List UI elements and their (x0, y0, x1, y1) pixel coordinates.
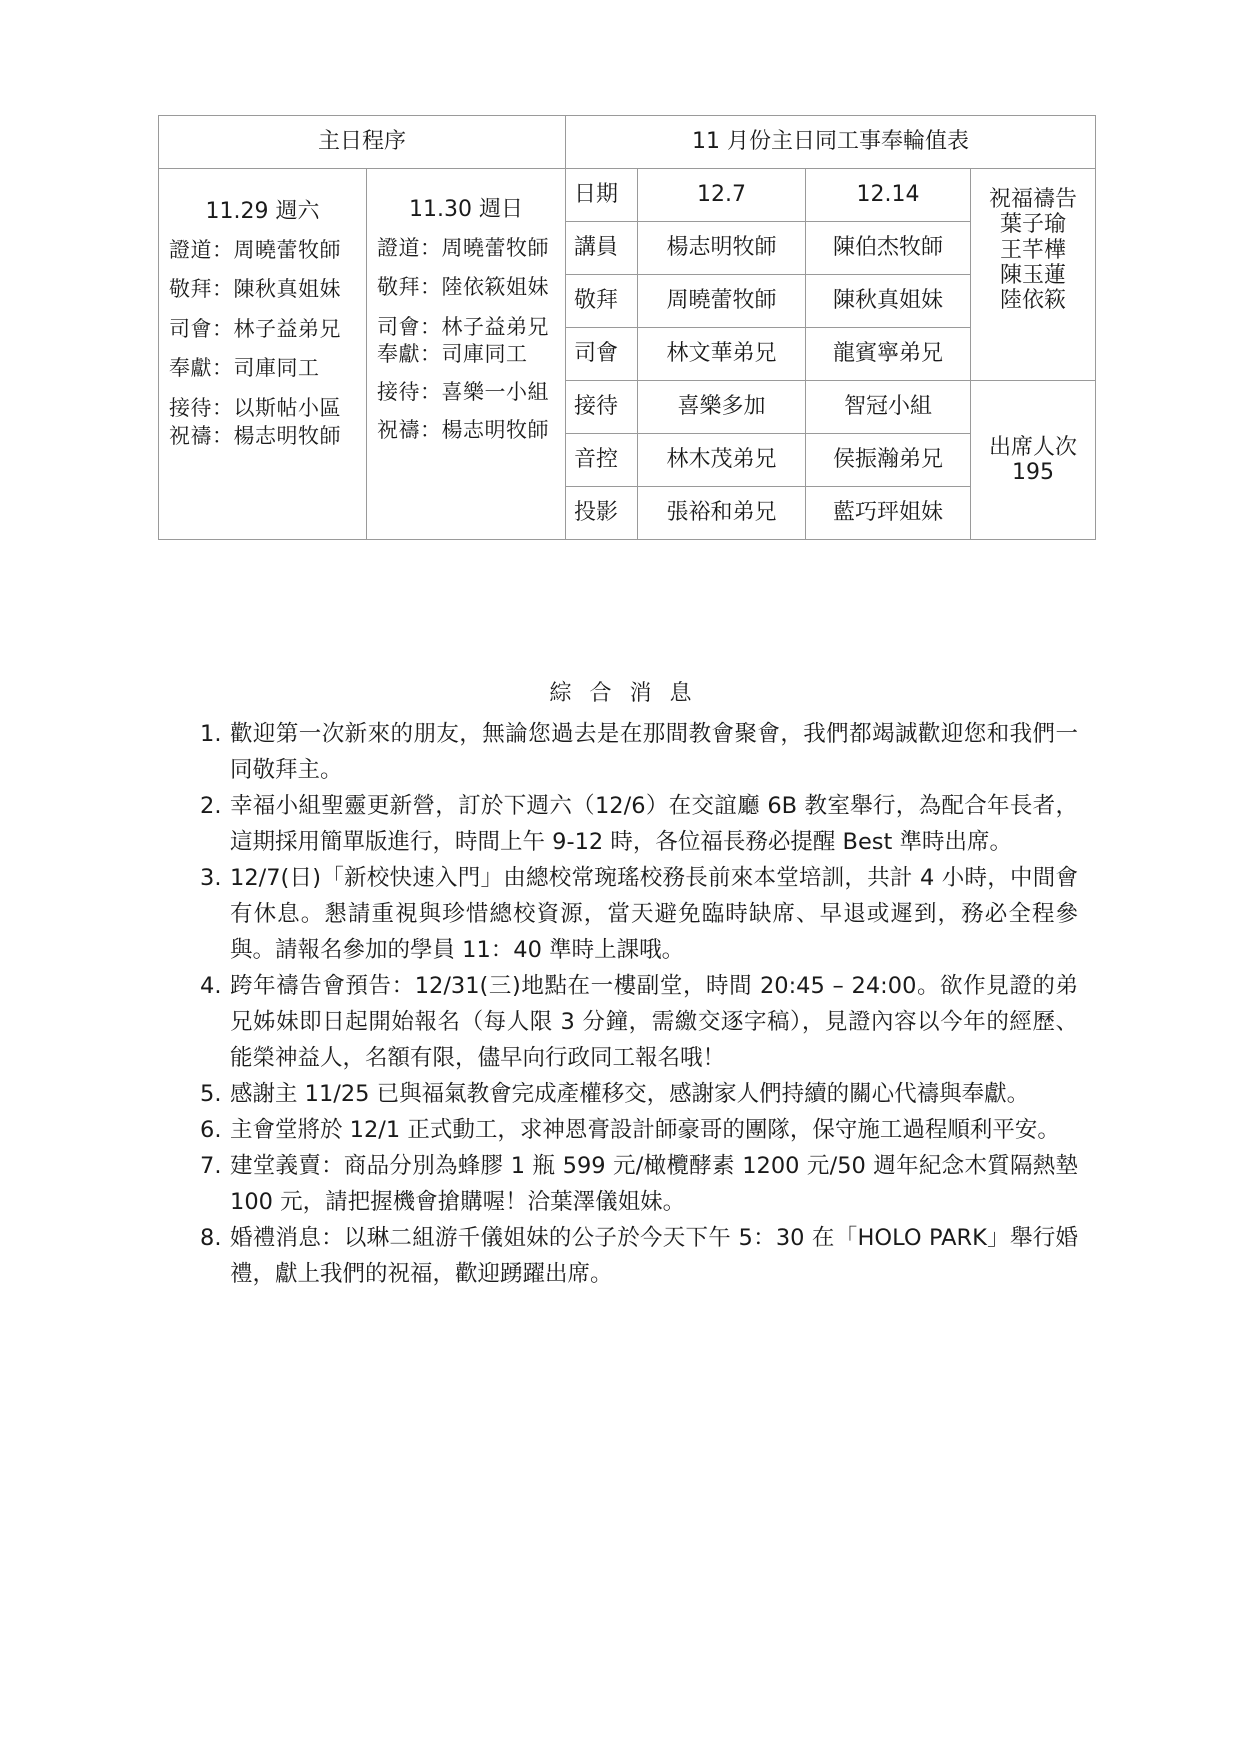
date-label: 日期 (566, 169, 638, 222)
attendance-count: 195 (971, 460, 1095, 485)
item-number: 7. (200, 1148, 230, 1220)
prayer-name: 王芊樺 (971, 238, 1095, 263)
role-value: 智冠小組 (806, 381, 971, 434)
program-line: 敬拜：陸依篍姐妹 (377, 275, 565, 299)
program-line: 祝禱：楊志明牧師 (169, 424, 366, 448)
item-text: 幸福小組聖靈更新營，訂於下週六（12/6）在交誼廳 6B 教室舉行，為配合年長者… (230, 788, 1078, 860)
sunday-date: 11.30 週日 (367, 197, 565, 222)
role-value: 張裕和弟兄 (638, 487, 806, 540)
program-line: 敬拜：陳秋真姐妹 (169, 277, 366, 301)
item-text: 主會堂將於 12/1 正式動工，求神恩膏設計師豪哥的團隊，保守施工過程順利平安。 (230, 1112, 1078, 1148)
program-line: 證道：周曉蕾牧師 (169, 238, 366, 262)
role-value: 陳伯杰牧師 (806, 222, 971, 275)
program-line: 證道：周曉蕾牧師 (377, 236, 565, 260)
list-item: 7.建堂義賣：商品分別為蜂膠 1 瓶 599 元/橄欖酵素 1200 元/50 … (200, 1148, 1078, 1220)
program-line: 祝禱：楊志明牧師 (377, 418, 565, 442)
list-item: 3.12/7(日)「新校快速入門」由總校常琬瑤校務長前來本堂培訓，共計 4 小時… (200, 860, 1078, 968)
item-number: 2. (200, 788, 230, 860)
item-text: 12/7(日)「新校快速入門」由總校常琬瑤校務長前來本堂培訓，共計 4 小時，中… (230, 860, 1078, 968)
list-item: 2.幸福小組聖靈更新營，訂於下週六（12/6）在交誼廳 6B 教室舉行，為配合年… (200, 788, 1078, 860)
prayer-name: 陸依篍 (971, 288, 1095, 313)
item-number: 8. (200, 1220, 230, 1292)
role-value: 林文華弟兄 (638, 328, 806, 381)
prayer-name: 陳玉蓮 (971, 263, 1095, 288)
role-value: 林木茂弟兄 (638, 434, 806, 487)
item-number: 3. (200, 860, 230, 968)
prayer-name: 葉子瑜 (971, 212, 1095, 237)
item-text: 建堂義賣：商品分別為蜂膠 1 瓶 599 元/橄欖酵素 1200 元/50 週年… (230, 1148, 1078, 1220)
role-label: 投影 (566, 487, 638, 540)
news-title: 綜合消息 (0, 676, 1241, 707)
program-line: 奉獻：司庫同工 (169, 356, 366, 380)
list-item: 1.歡迎第一次新來的朋友，無論您過去是在那間教會聚會，我們都竭誠歡迎您和我們一同… (200, 716, 1078, 788)
role-value: 喜樂多加 (638, 381, 806, 434)
attendance-cell: 出席人次 195 (971, 381, 1096, 540)
service-table: 主日程序 11 月份主日同工事奉輪值表 11.29 週六 證道：周曉蕾牧師 敬拜… (158, 115, 1096, 540)
sunday-program: 11.30 週日 證道：周曉蕾牧師 敬拜：陸依篍姐妹 司會：林子益弟兄 奉獻：司… (367, 169, 566, 540)
date-col-2: 12.14 (806, 169, 971, 222)
list-item: 6.主會堂將於 12/1 正式動工，求神恩膏設計師豪哥的團隊，保守施工過程順利平… (200, 1112, 1078, 1148)
item-text: 感謝主 11/25 已與福氣教會完成產權移交，感謝家人們持續的關心代禱與奉獻。 (230, 1076, 1078, 1112)
role-label: 敬拜 (566, 275, 638, 328)
program-line: 奉獻：司庫同工 (377, 342, 565, 366)
prayer-title: 祝福禱告 (971, 187, 1095, 212)
role-value: 周曉蕾牧師 (638, 275, 806, 328)
role-value: 楊志明牧師 (638, 222, 806, 275)
program-line: 接待：以斯帖小區 (169, 396, 366, 420)
item-number: 5. (200, 1076, 230, 1112)
role-value: 陳秋真姐妹 (806, 275, 971, 328)
attendance-label: 出席人次 (971, 435, 1095, 460)
program-title: 主日程序 (159, 116, 566, 169)
role-label: 音控 (566, 434, 638, 487)
saturday-program: 11.29 週六 證道：周曉蕾牧師 敬拜：陳秋真姐妹 司會：林子益弟兄 奉獻：司… (159, 169, 367, 540)
item-number: 6. (200, 1112, 230, 1148)
item-text: 跨年禱告會預告：12/31(三)地點在一樓副堂，時間 20:45 – 24:00… (230, 968, 1078, 1076)
program-line: 接待：喜樂一小組 (377, 380, 565, 404)
list-item: 8.婚禮消息：以琳二組游千儀姐妹的公子於今天下午 5：30 在「HOLO PAR… (200, 1220, 1078, 1292)
list-item: 5.感謝主 11/25 已與福氣教會完成產權移交，感謝家人們持續的關心代禱與奉獻… (200, 1076, 1078, 1112)
saturday-date: 11.29 週六 (159, 199, 366, 224)
program-line: 司會：林子益弟兄 (169, 317, 366, 341)
item-number: 4. (200, 968, 230, 1076)
news-list: 1.歡迎第一次新來的朋友，無論您過去是在那間教會聚會，我們都竭誠歡迎您和我們一同… (200, 716, 1078, 1292)
role-value: 侯振瀚弟兄 (806, 434, 971, 487)
role-label: 講員 (566, 222, 638, 275)
program-line: 司會：林子益弟兄 (377, 315, 565, 339)
role-label: 司會 (566, 328, 638, 381)
item-text: 歡迎第一次新來的朋友，無論您過去是在那間教會聚會，我們都竭誠歡迎您和我們一同敬拜… (230, 716, 1078, 788)
prayer-cell: 祝福禱告 葉子瑜 王芊樺 陳玉蓮 陸依篍 (971, 169, 1096, 381)
bulletin-page: 主日程序 11 月份主日同工事奉輪值表 11.29 週六 證道：周曉蕾牧師 敬拜… (0, 0, 1241, 1755)
role-label: 接待 (566, 381, 638, 434)
list-item: 4.跨年禱告會預告：12/31(三)地點在一樓副堂，時間 20:45 – 24:… (200, 968, 1078, 1076)
role-value: 藍巧玶姐妹 (806, 487, 971, 540)
role-value: 龍賓寧弟兄 (806, 328, 971, 381)
date-col-1: 12.7 (638, 169, 806, 222)
schedule-title: 11 月份主日同工事奉輪值表 (566, 116, 1096, 169)
item-text: 婚禮消息：以琳二組游千儀姐妹的公子於今天下午 5：30 在「HOLO PARK」… (230, 1220, 1078, 1292)
item-number: 1. (200, 716, 230, 788)
